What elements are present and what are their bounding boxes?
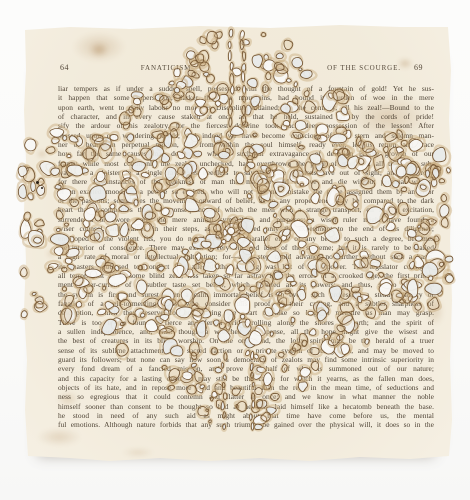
ink-speck xyxy=(36,181,39,184)
ink-speck xyxy=(41,187,43,189)
cut-paper-tree-pattern xyxy=(0,0,470,500)
photo-backdrop: 64 FANATICISM OF THE SCOURGE. 69 liar te… xyxy=(0,0,470,500)
